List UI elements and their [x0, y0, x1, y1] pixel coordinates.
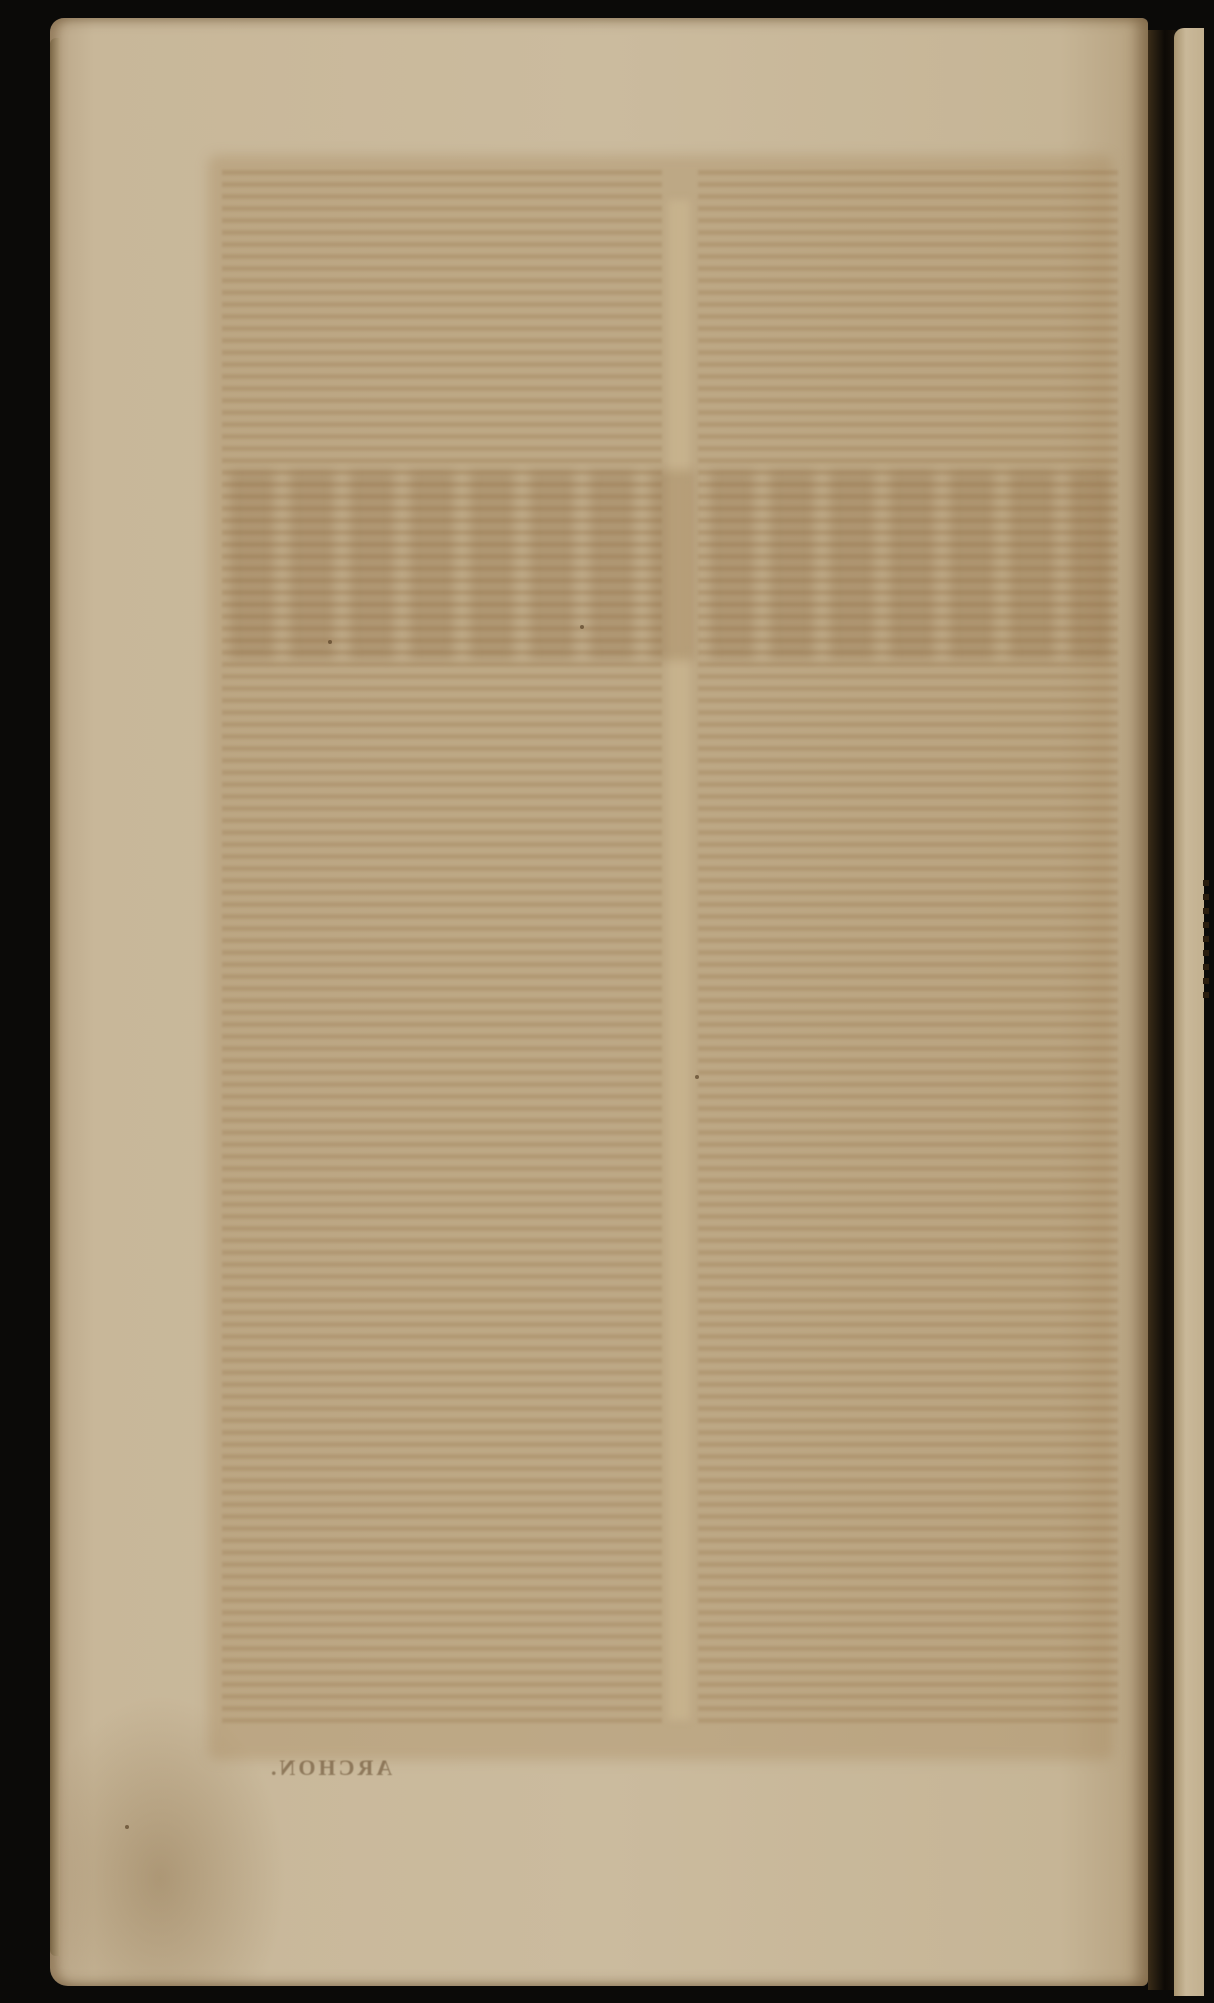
column-gutter	[668, 200, 690, 1720]
facing-page-text-fragments	[1203, 880, 1209, 1000]
binding-gutter	[1148, 30, 1176, 1990]
page-edge	[50, 38, 60, 1956]
show-through-heading	[230, 470, 1110, 660]
paper-speck	[328, 640, 332, 644]
paper-speck	[125, 1825, 129, 1829]
paper-speck	[580, 625, 584, 629]
show-through-column-right	[698, 170, 1118, 1730]
show-through-column-left	[222, 170, 662, 1730]
facing-page-edge	[1174, 28, 1204, 1996]
mirrored-catchword: ARCHON.	[268, 1755, 392, 1781]
paper-speck	[695, 1075, 699, 1079]
